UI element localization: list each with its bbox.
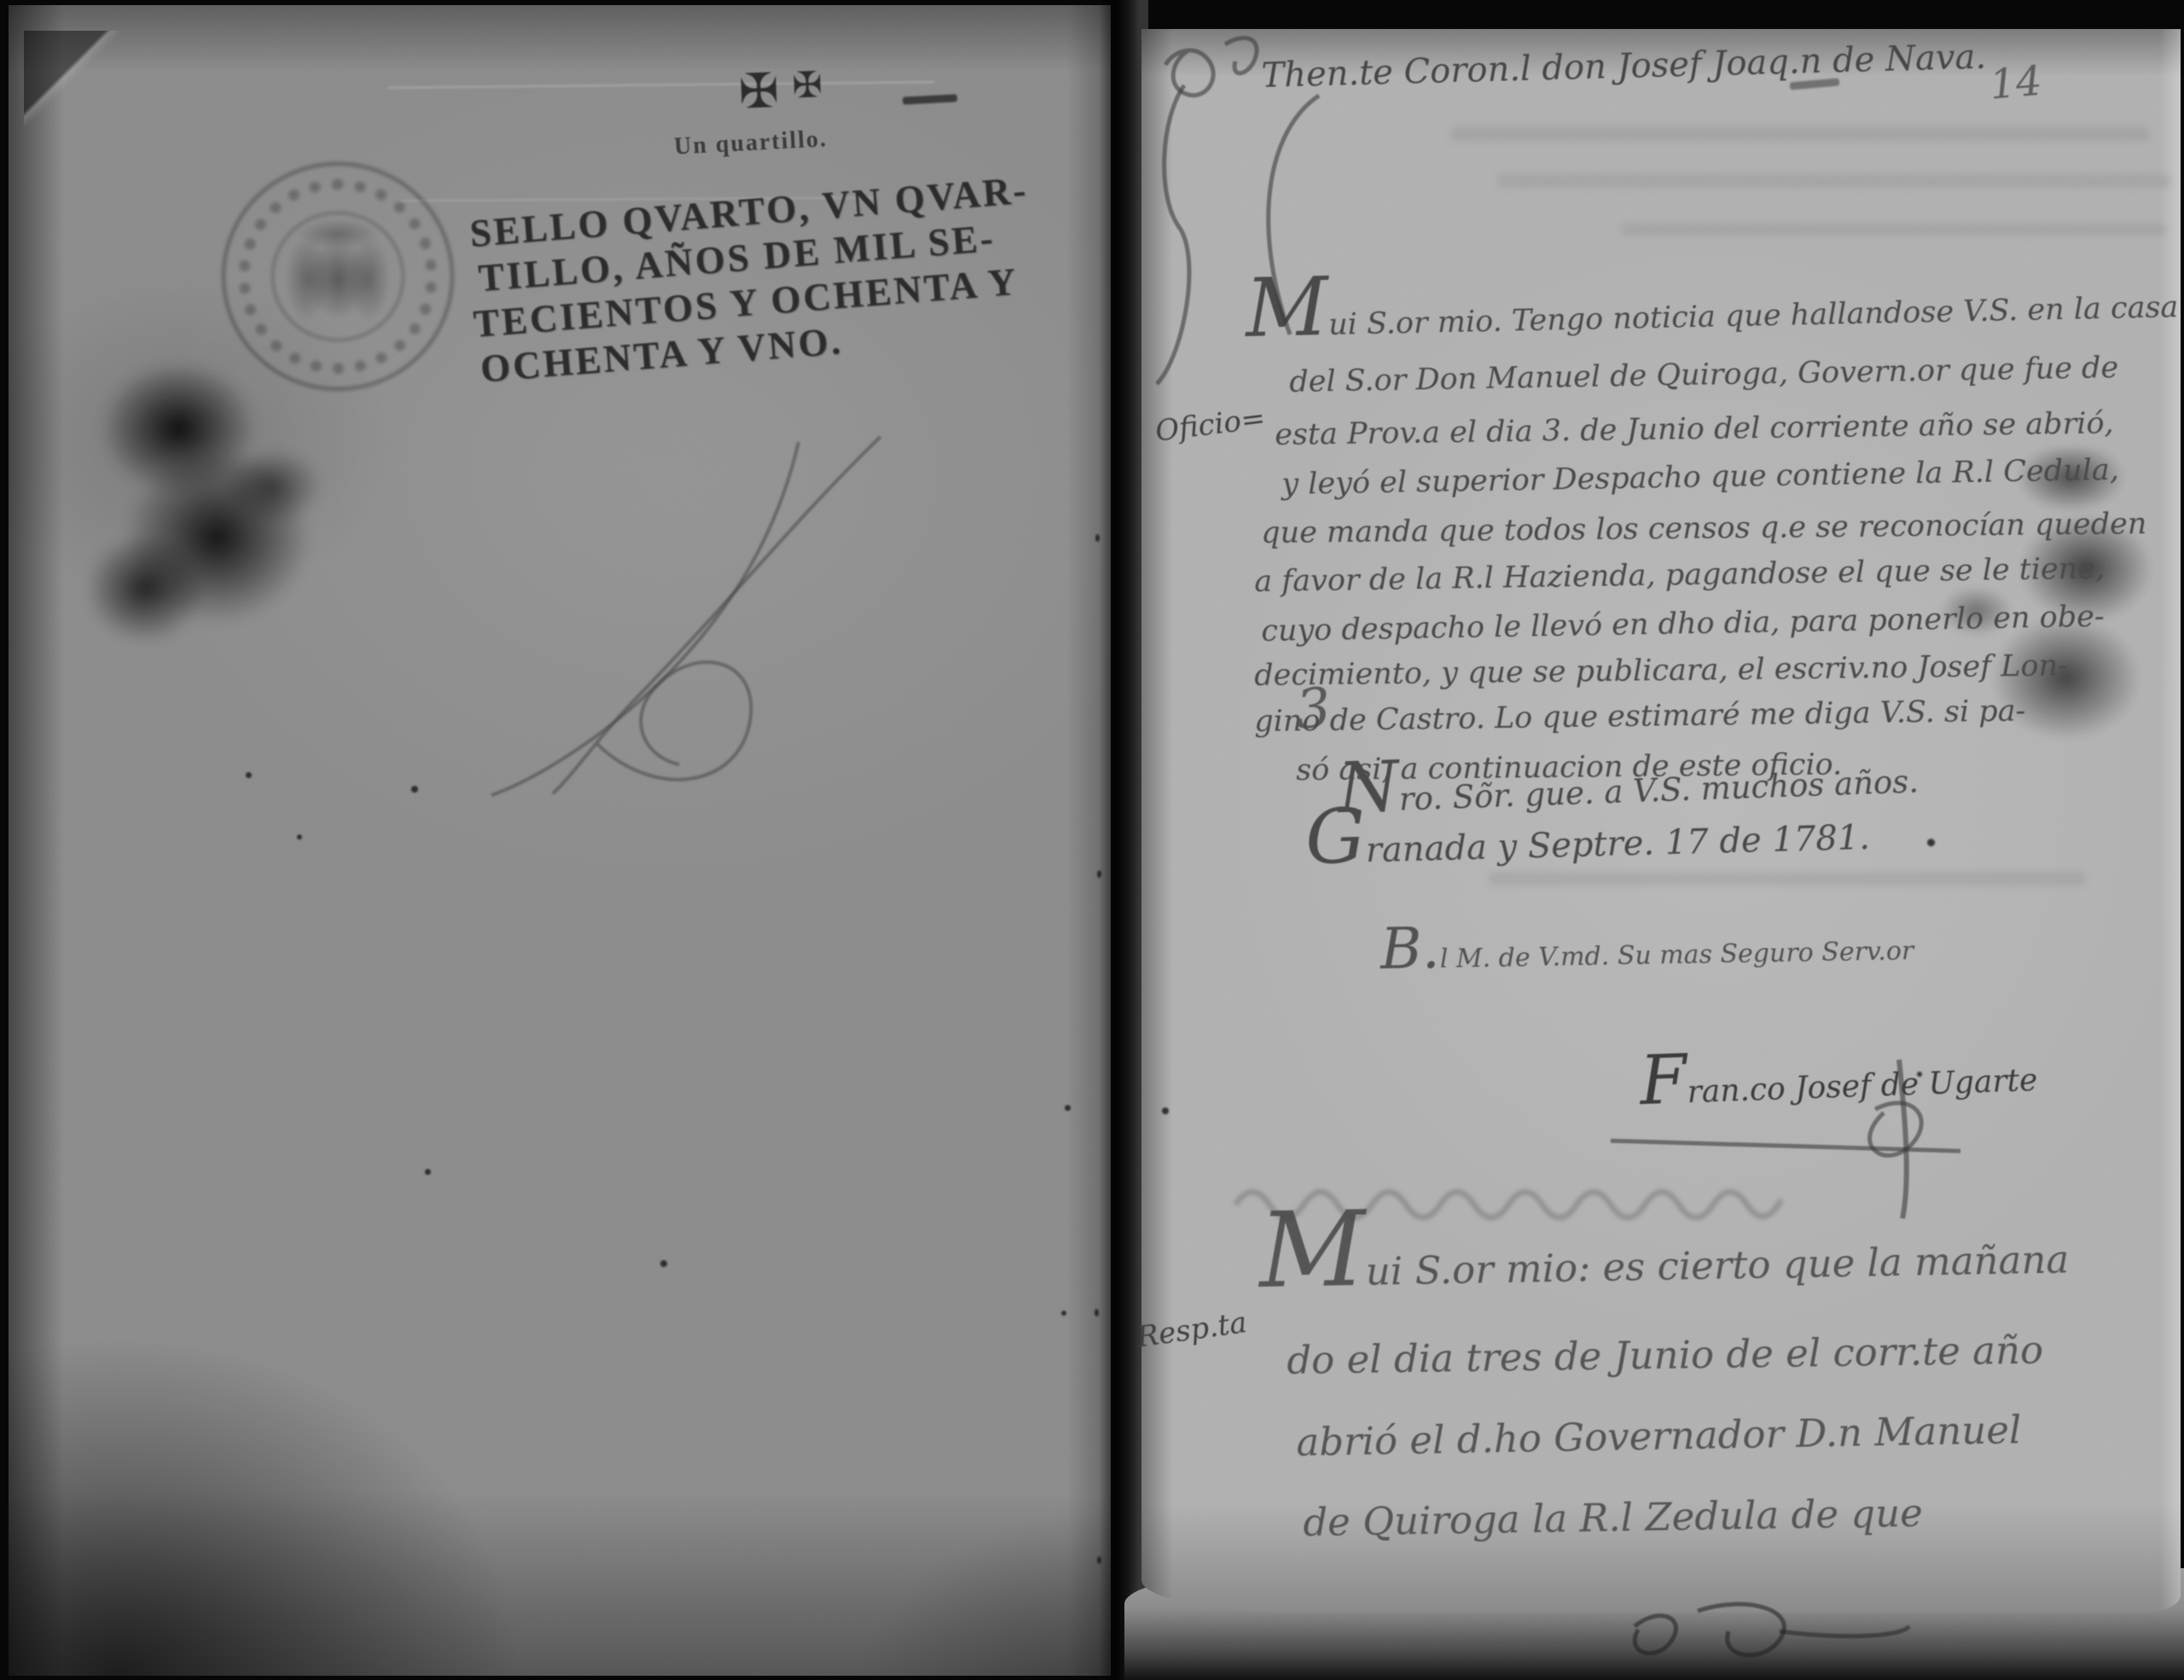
manuscript-scan: ✠✠ Un quartillo. SELLO QVARTO, VN QVAR- … (0, 0, 2184, 1680)
scan-grain (0, 0, 2184, 1680)
